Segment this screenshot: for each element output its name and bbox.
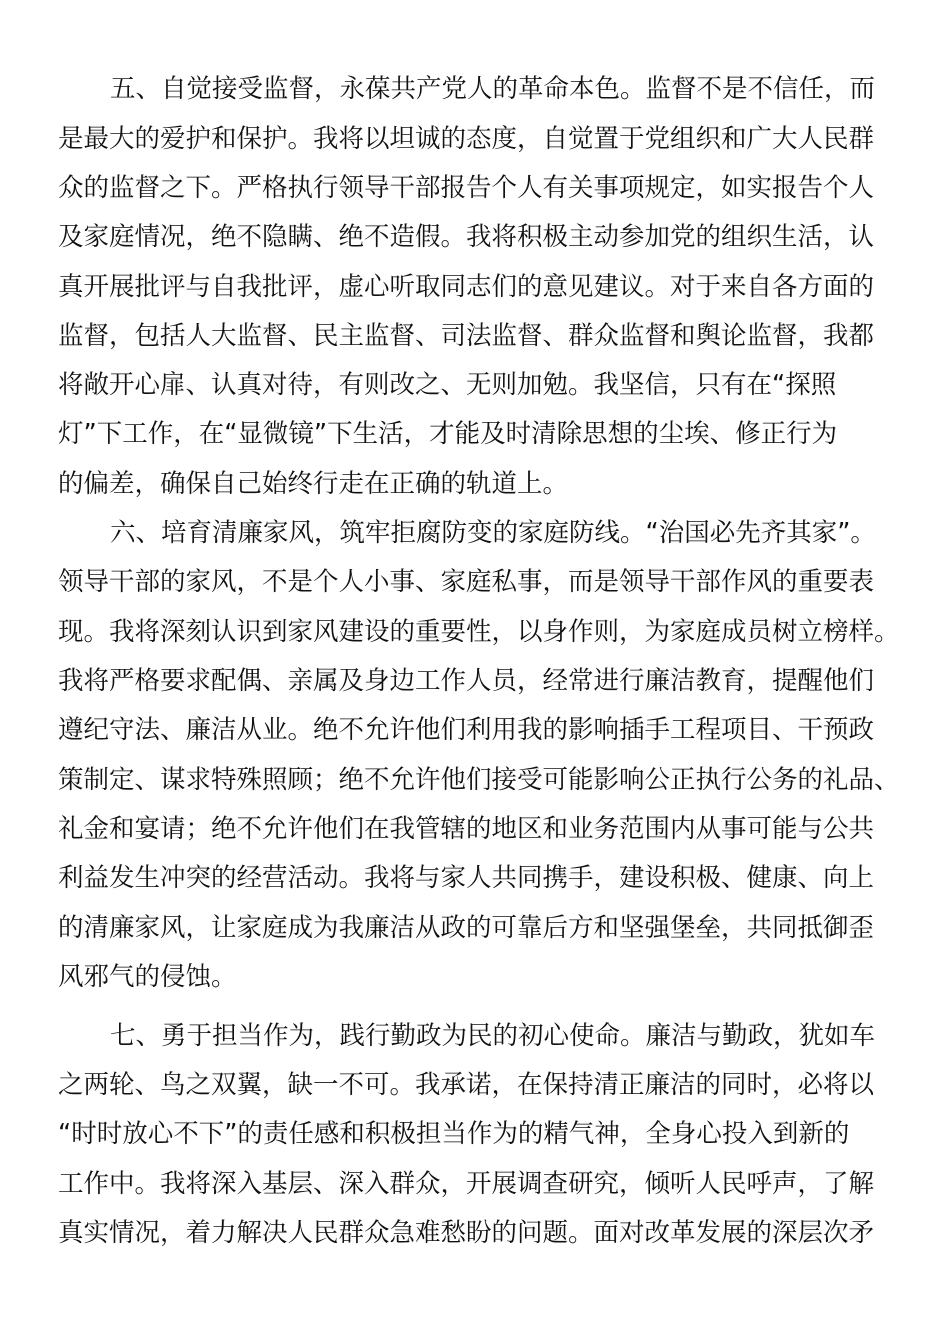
paragraph-7-line-3: “时时放心不下”的责任感和积极担当作为的精气神，全身心投入到新的 bbox=[58, 1110, 888, 1159]
paragraph-6-line-7: 礼金和宴请；绝不允许他们在我管辖的地区和业务范围内从事可能与公共 bbox=[58, 805, 888, 854]
paragraph-6-line-9: 的清廉家风，让家庭成为我廉洁从政的可靠后方和坚强堡垒，共同抵御歪 bbox=[58, 904, 888, 953]
paragraph-5-line-8: 灯”下工作，在“显微镜”下生活，才能及时清除思想的尘埃、修正行为 bbox=[58, 410, 888, 459]
paragraph-7-line-4: 工作中。我将深入基层、深入群众，开展调查研究，倾听人民呼声，了解 bbox=[58, 1160, 888, 1209]
paragraph-5-line-5: 真开展批评与自我批评，虚心听取同志们的意见建议。对于来自各方面的 bbox=[58, 263, 888, 312]
paragraph-5-line-4: 及家庭情况，绝不隐瞒、绝不造假。我将积极主动参加党的组织生活，认 bbox=[58, 213, 888, 262]
paragraph-6-line-8: 利益发生冲突的经营活动。我将与家人共同携手，建设积极、健康、向上 bbox=[58, 854, 888, 903]
paragraph-5-line-3: 众的监督之下。严格执行领导干部报告个人有关事项规定，如实报告个人 bbox=[58, 164, 888, 213]
paragraph-6-line-3: 现。我将深刻认识到家风建设的重要性，以身作则，为家庭成员树立榜样。 bbox=[58, 608, 888, 657]
paragraph-6-line-4: 我将严格要求配偶、亲属及身边工作人员，经常进行廉洁教育，提醒他们 bbox=[58, 657, 888, 706]
paragraph-7-line-5: 真实情况，着力解决人民群众急难愁盼的问题。面对改革发展的深层次矛 bbox=[58, 1209, 888, 1258]
paragraph-6-line-10: 风邪气的侵蚀。 bbox=[58, 953, 888, 1002]
paragraph-7-line-1: 七、勇于担当作为，践行勤政为民的初心使命。廉洁与勤政，犹如车 bbox=[110, 1012, 940, 1061]
paragraph-6-line-6: 策制定、谋求特殊照顾；绝不允许他们接受可能影响公正执行公务的礼品、 bbox=[58, 756, 888, 805]
paragraph-5-line-1: 五、自觉接受监督，永葆共产党人的革命本色。监督不是不信任，而 bbox=[110, 65, 940, 114]
paragraph-5-line-6: 监督，包括人大监督、民主监督、司法监督、群众监督和舆论监督，我都 bbox=[58, 312, 888, 361]
paragraph-5-line-9: 的偏差，确保自己始终行走在正确的轨道上。 bbox=[58, 460, 888, 509]
paragraph-5-line-2: 是最大的爱护和保护。我将以坦诚的态度，自觉置于党组织和广大人民群 bbox=[58, 115, 888, 164]
paragraph-6-line-5: 遵纪守法、廉洁从业。绝不允许他们利用我的影响插手工程项目、干预政 bbox=[58, 706, 888, 755]
paragraph-6-line-2: 领导干部的家风，不是个人小事、家庭私事，而是领导干部作风的重要表 bbox=[58, 558, 888, 607]
paragraph-7-line-2: 之两轮、鸟之双翼，缺一不可。我承诺，在保持清正廉洁的同时，必将以 bbox=[58, 1061, 888, 1110]
paragraph-5-line-7: 将敞开心扉、认真对待，有则改之、无则加勉。我坚信，只有在“探照 bbox=[58, 361, 888, 410]
paragraph-6-line-1: 六、培育清廉家风，筑牢拒腐防变的家庭防线。“治国必先齐其家”。 bbox=[110, 509, 940, 558]
document-page: 五、自觉接受监督，永葆共产党人的革命本色。监督不是不信任，而 是最大的爱护和保护… bbox=[0, 0, 950, 1344]
